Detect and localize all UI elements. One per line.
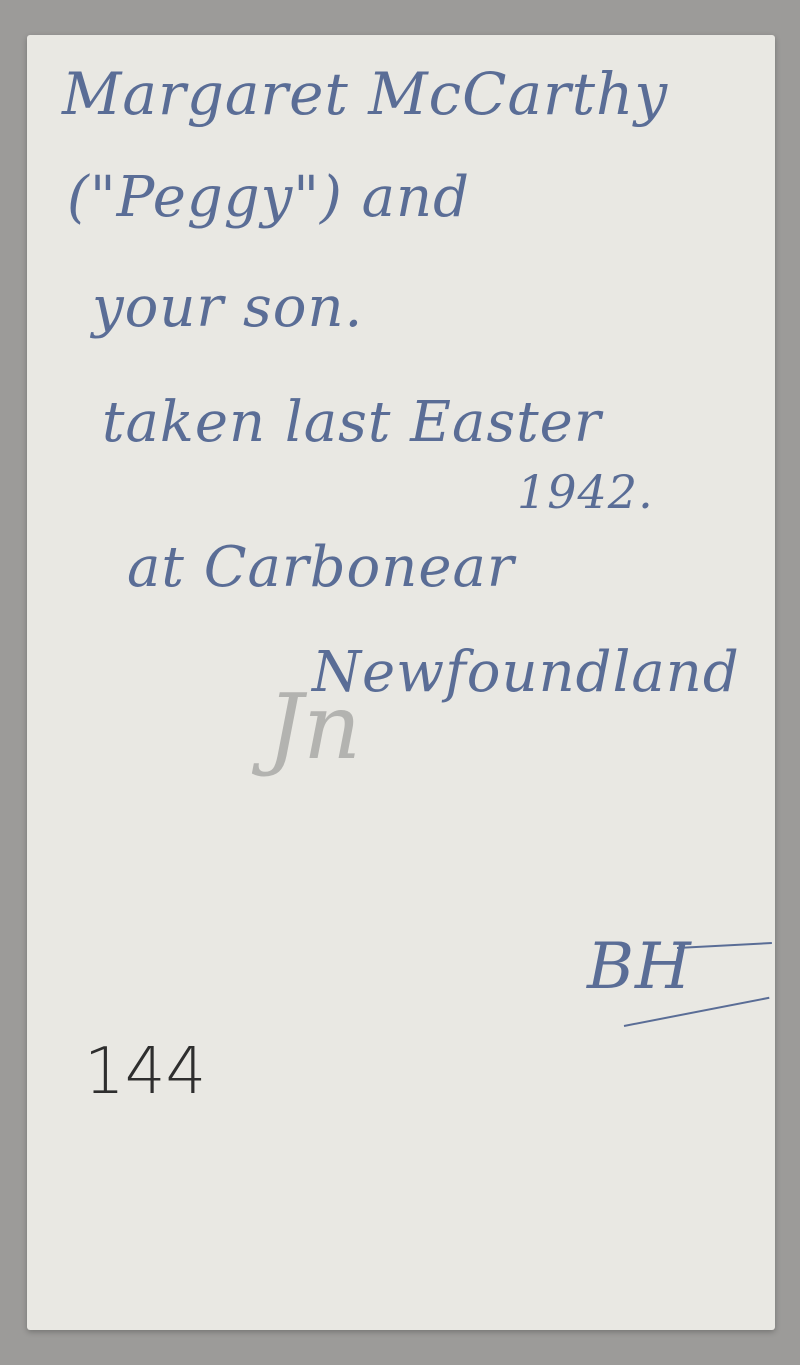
faint-pencil-mark: Jn (267, 675, 361, 780)
inscription-year: 1942. (517, 465, 654, 519)
inscription-line-2: ("Peggy") and (67, 165, 470, 230)
inscription-line-7: Newfoundland (312, 640, 740, 705)
photo-card-back: Margaret McCarthy ("Peggy") and your son… (27, 35, 775, 1330)
inscription-line-6: at Carbonear (127, 535, 515, 600)
inscription-line-4: taken last Easter (102, 390, 602, 455)
catalog-number: 144 (84, 1035, 206, 1109)
inscription-line-1: Margaret McCarthy (62, 60, 668, 128)
inscription-line-3: your son. (92, 275, 363, 340)
initials-signature: BH (587, 930, 692, 1004)
